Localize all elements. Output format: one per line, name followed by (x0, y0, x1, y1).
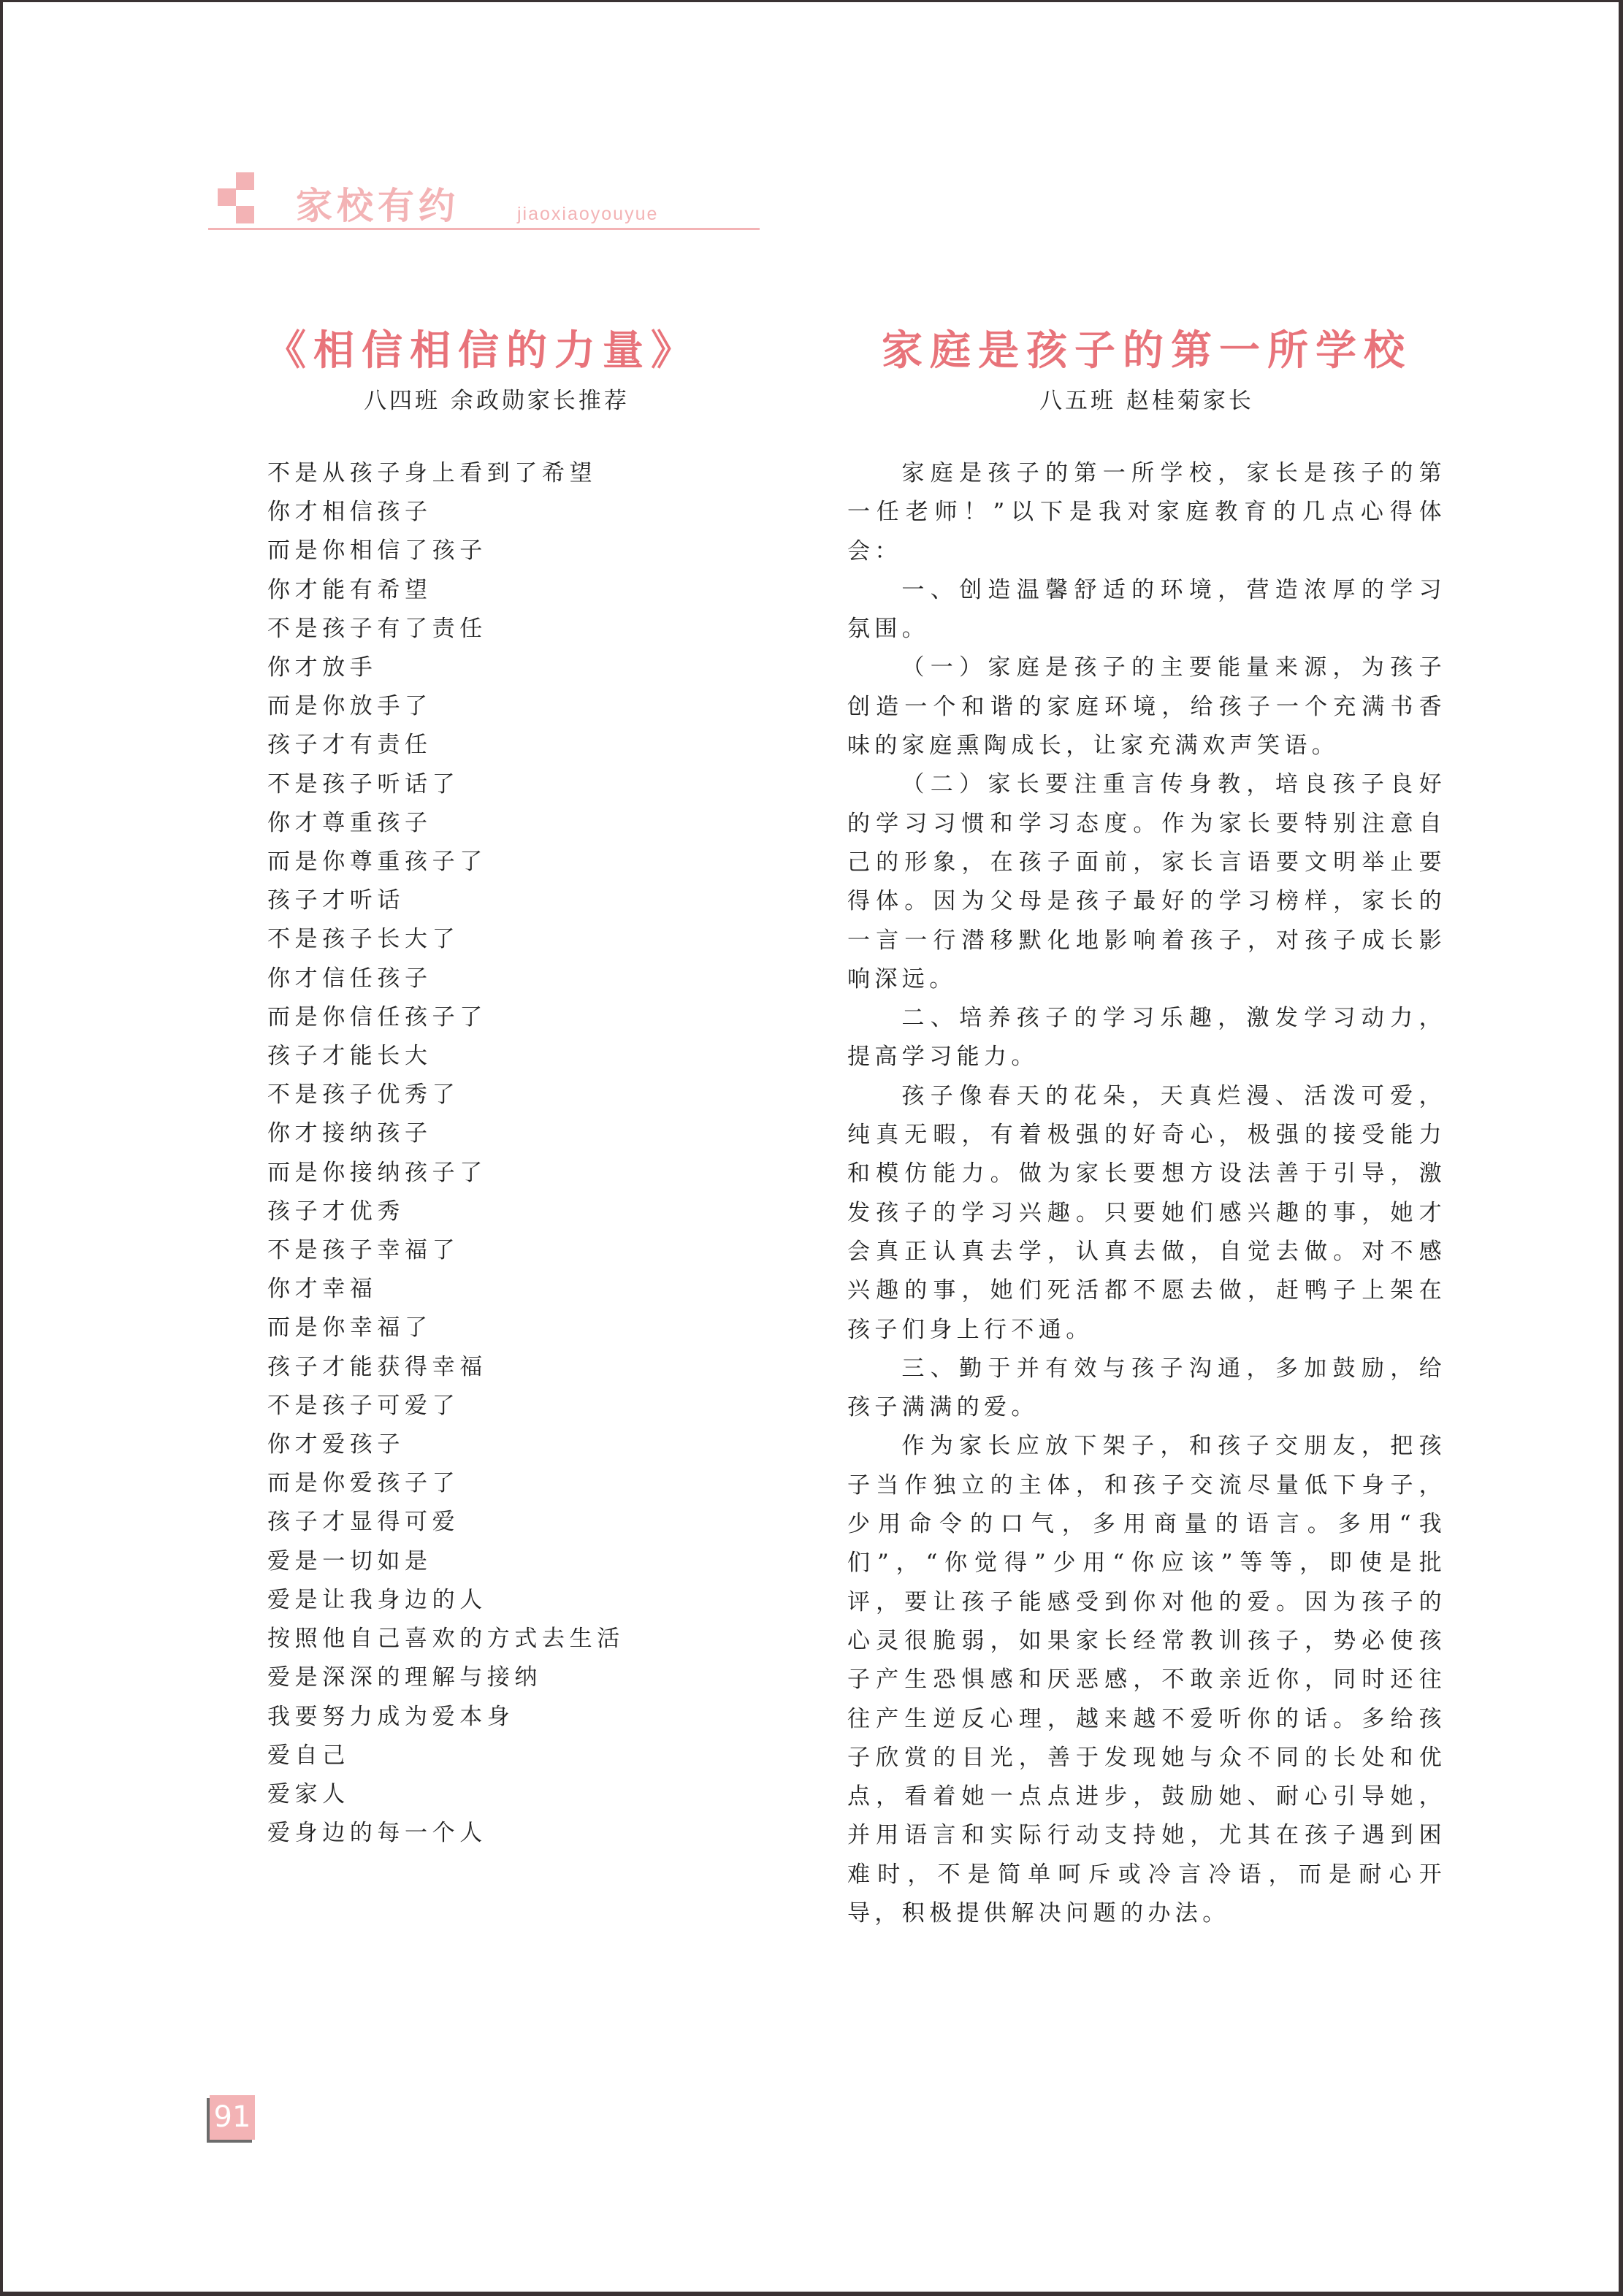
poem-line: 你才能有希望 (267, 571, 752, 610)
paragraph: 孩子像春天的花朵，天真烂漫、活泼可爱，纯真无暇，有着极强的好奇心，极强的接受能力… (847, 1077, 1446, 1350)
poem-line: 爱家人 (267, 1775, 752, 1814)
poem-line: 不是孩子长大了 (267, 920, 752, 959)
paragraph: 一、创造温馨舒适的环境，营造浓厚的学习氛围。 (847, 571, 1446, 649)
paragraph: 家庭是孩子的第一所学校，家长是孩子的第一任老师！”以下是我对家庭教育的几点心得体… (847, 454, 1446, 571)
poem-line: 而是你相信了孩子 (267, 532, 752, 570)
poem-line: 爱身边的每一个人 (267, 1814, 752, 1853)
poem-line: 孩子才听话 (267, 881, 752, 920)
poem-line: 你才信任孩子 (267, 960, 752, 998)
poem-line: 而是你尊重孩子了 (267, 843, 752, 881)
article-title: 家庭是孩子的第一所学校 (847, 321, 1446, 380)
poem-line: 不是孩子有了责任 (267, 610, 752, 648)
poem-line: 不是孩子听话了 (267, 765, 752, 804)
right-article: 家庭是孩子的第一所学校 八五班 赵桂菊家长 家庭是孩子的第一所学校，家长是孩子的… (847, 321, 1446, 1933)
poem-line: 而是你爱孩子了 (267, 1464, 752, 1503)
poem-line: 你才尊重孩子 (267, 804, 752, 843)
poem-line: 你才接纳孩子 (267, 1114, 752, 1153)
poem-line: 不是从孩子身上看到了希望 (267, 454, 752, 493)
logo-square-icon (218, 188, 236, 206)
paragraph: （二）家长要注重言传身教，培良孩子良好的学习习惯和学习态度。作为家长要特别注意自… (847, 765, 1446, 999)
section-header: 家校有约 jiaoxiaoyouyue (208, 172, 760, 231)
poem-line: 孩子才能长大 (267, 1037, 752, 1076)
poem-line: 你才爱孩子 (267, 1426, 752, 1464)
left-article: 《相信相信的力量》 八四班 余政勋家长推荐 不是从孩子身上看到了希望你才相信孩子… (241, 321, 752, 1853)
paragraph: （一）家庭是孩子的主要能量来源，为孩子创造一个和谐的家庭环境，给孩子一个充满书香… (847, 648, 1446, 765)
paragraph: 作为家长应放下架子，和孩子交朋友，把孩子当作独立的主体，和孩子交流尽量低下身子，… (847, 1427, 1446, 1933)
poem-line: 不是孩子幸福了 (267, 1231, 752, 1270)
poem-line: 爱自己 (267, 1737, 752, 1775)
poem-line: 你才放手 (267, 648, 752, 687)
poem-lines: 不是从孩子身上看到了希望你才相信孩子而是你相信了孩子你才能有希望不是孩子有了责任… (267, 454, 752, 1853)
poem-line: 爱是深深的理解与接纳 (267, 1658, 752, 1697)
paragraph: 三、勤于并有效与孩子沟通，多加鼓励，给孩子满满的爱。 (847, 1350, 1446, 1428)
poem-line: 孩子才优秀 (267, 1193, 752, 1231)
article-body: 家庭是孩子的第一所学校，家长是孩子的第一任老师！”以下是我对家庭教育的几点心得体… (847, 454, 1446, 1933)
section-title: 家校有约 (296, 184, 459, 228)
poem-line: 不是孩子优秀了 (267, 1076, 752, 1114)
logo-square-icon (236, 172, 254, 190)
poem-line: 爱是让我身边的人 (267, 1581, 752, 1620)
poem-line: 孩子才能获得幸福 (267, 1348, 752, 1387)
poem-line: 而是你接纳孩子了 (267, 1154, 752, 1193)
logo-square-icon (236, 206, 254, 223)
article-title: 《相信相信的力量》 (212, 321, 752, 380)
poem-line: 不是孩子可爱了 (267, 1387, 752, 1426)
poem-line: 你才相信孩子 (267, 493, 752, 532)
poem-line: 孩子才显得可爱 (267, 1503, 752, 1542)
poem-line: 按照他自己喜欢的方式去生活 (267, 1620, 752, 1658)
paragraph: 二、培养孩子的学习乐趣，激发学习动力，提高学习能力。 (847, 999, 1446, 1077)
poem-line: 你才幸福 (267, 1270, 752, 1309)
poem-line: 而是你幸福了 (267, 1309, 752, 1347)
article-byline: 八五班 赵桂菊家长 (847, 383, 1446, 419)
poem-line: 而是你放手了 (267, 687, 752, 726)
article-byline: 八四班 余政勋家长推荐 (241, 383, 752, 419)
header-divider (208, 228, 760, 230)
poem-line: 而是你信任孩子了 (267, 998, 752, 1037)
poem-line: 孩子才有责任 (267, 726, 752, 765)
section-pinyin: jiaoxiaoyouyue (517, 203, 658, 225)
poem-line: 我要努力成为爱本身 (267, 1698, 752, 1737)
page-number: 91 (210, 2095, 255, 2140)
poem-line: 爱是一切如是 (267, 1542, 752, 1581)
